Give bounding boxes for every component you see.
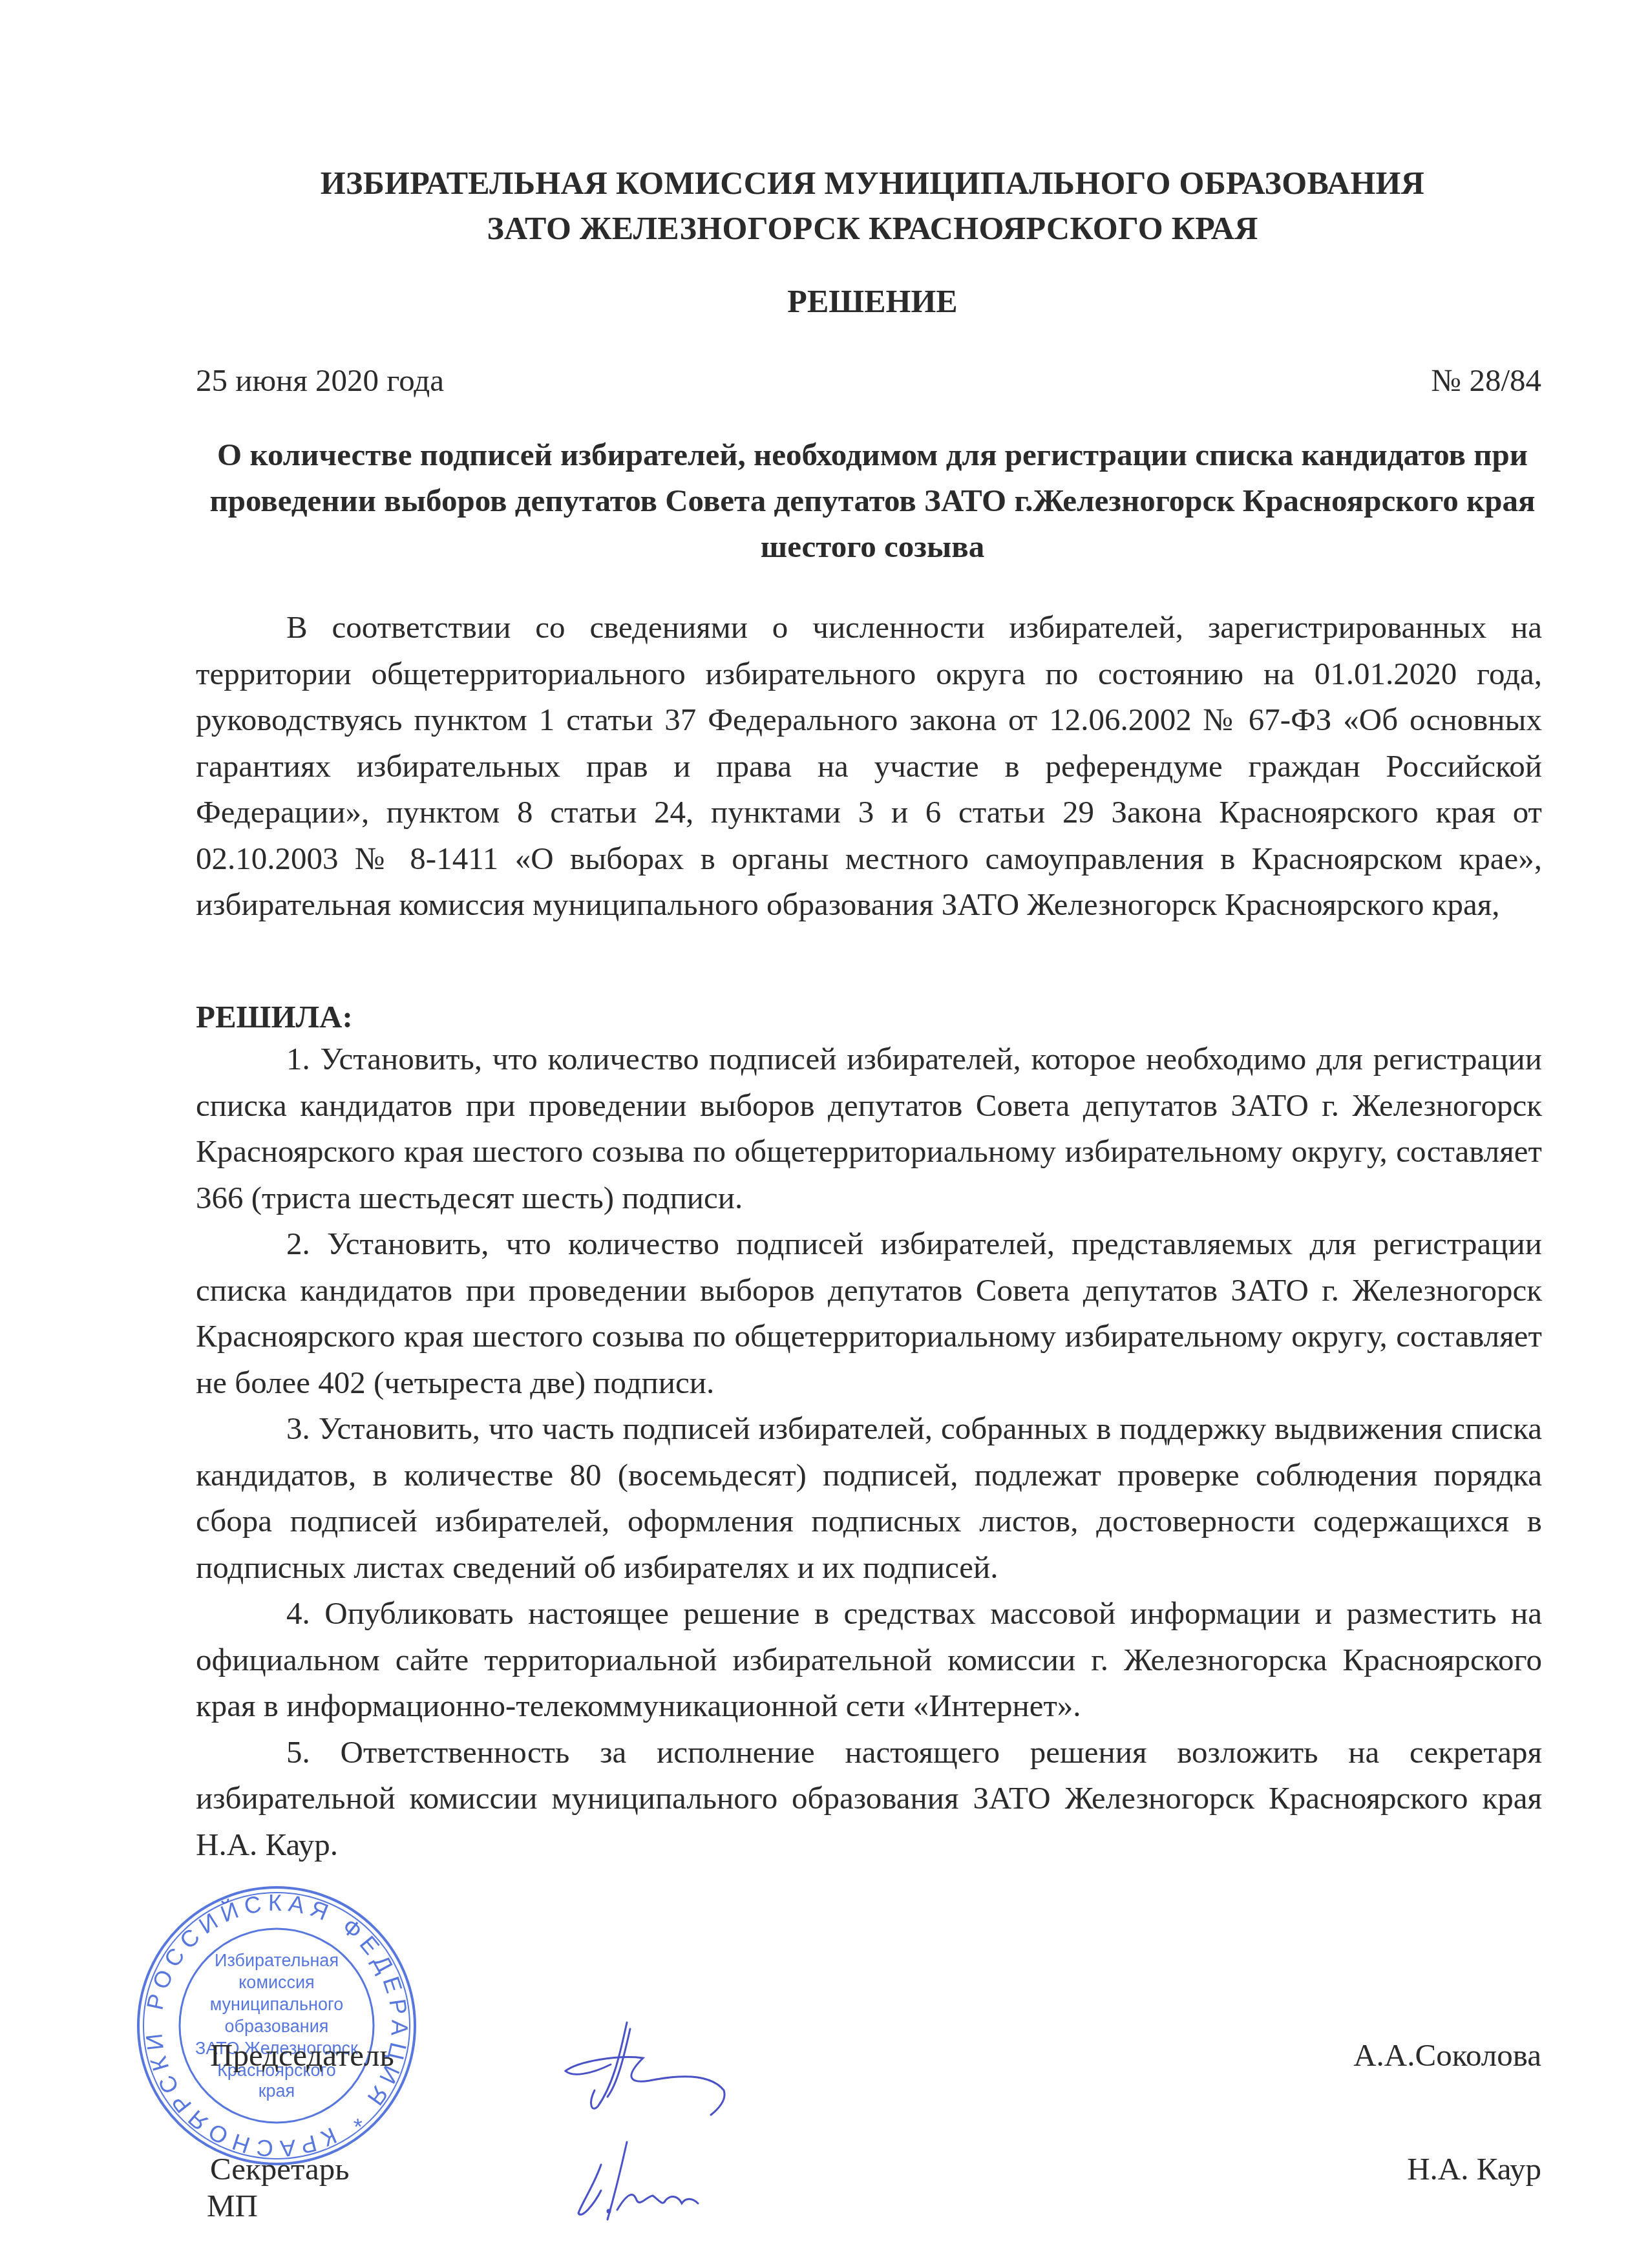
- document-meta: 25 июня 2020 года № 28/84: [196, 362, 1541, 407]
- secretary-role: Секретарь: [210, 2150, 350, 2187]
- chairman-name: А.А.Соколова: [1353, 2037, 1541, 2074]
- chairman-role: Председатель: [210, 2037, 394, 2074]
- resolved-label: РЕШИЛА:: [196, 998, 353, 1035]
- org-line-1: ИЗБИРАТЕЛЬНАЯ КОМИССИЯ МУНИЦИПАЛЬНОГО ОБ…: [194, 160, 1551, 205]
- svg-text:муниципального: муниципального: [210, 1995, 344, 2014]
- resolution-items: 1. Установить, что количество подписей и…: [196, 1036, 1542, 1867]
- official-stamp-icon: РОССИЙСКАЯ ФЕДЕРАЦИЯ * КРАСНОЯРСКИЙ КРАЙ…: [134, 1884, 419, 2168]
- org-line-2: ЗАТО ЖЕЛЕЗНОГОРСК КРАСНОЯРСКОГО КРАЯ: [194, 205, 1551, 251]
- signature-row-chairman: Председатель А.А.Соколова: [210, 2037, 1541, 2082]
- document-number: № 28/84: [1431, 362, 1541, 399]
- seal-place-mark: МП: [207, 2187, 258, 2224]
- resolution-item-2: 2. Установить, что количество подписей и…: [196, 1221, 1542, 1405]
- resolution-item-4: 4. Опубликовать настоящее решение в сред…: [196, 1590, 1542, 1729]
- document-type-title: РЕШЕНИЕ: [194, 282, 1551, 320]
- resolution-item-1: 1. Установить, что количество подписей и…: [196, 1036, 1542, 1221]
- svg-text:комиссия: комиссия: [238, 1973, 314, 1992]
- preamble: В соответствии со сведениями о численнос…: [196, 604, 1542, 928]
- signature-row-secretary: Секретарь Н.А. Каур: [210, 2150, 1541, 2196]
- resolution-item-3: 3. Установить, что часть подписей избира…: [196, 1405, 1542, 1590]
- document-date: 25 июня 2020 года: [196, 362, 444, 399]
- secretary-name: Н.А. Каур: [1407, 2150, 1541, 2187]
- svg-text:края: края: [259, 2081, 295, 2101]
- svg-text:Избирательная: Избирательная: [215, 1951, 339, 1970]
- svg-text:образования: образования: [225, 2017, 329, 2036]
- issuing-organization: ИЗБИРАТЕЛЬНАЯ КОМИССИЯ МУНИЦИПАЛЬНОГО ОБ…: [194, 160, 1551, 251]
- document-subject: О количестве подписей избирателей, необх…: [200, 432, 1545, 569]
- preamble-text: В соответствии со сведениями о численнос…: [196, 604, 1542, 928]
- document-page: ИЗБИРАТЕЛЬНАЯ КОМИССИЯ МУНИЦИПАЛЬНОГО ОБ…: [0, 0, 1648, 2268]
- resolution-item-5: 5. Ответственность за исполнение настоящ…: [196, 1729, 1542, 1868]
